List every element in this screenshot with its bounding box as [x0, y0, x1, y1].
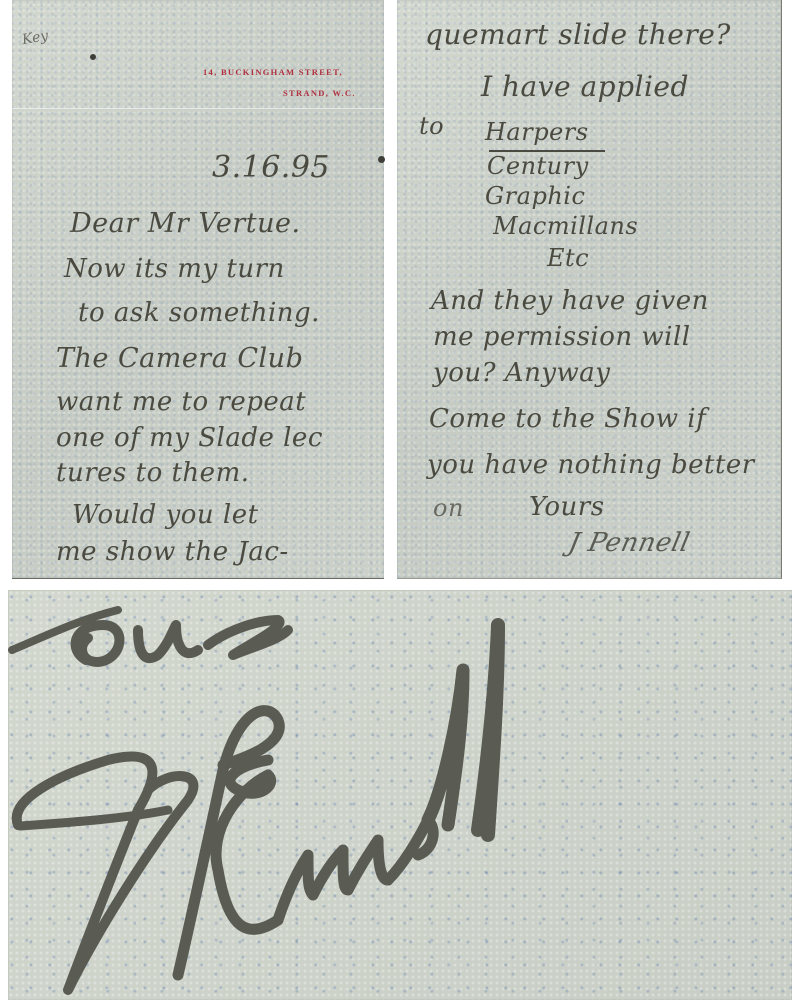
publisher-graphic: Graphic	[485, 182, 585, 210]
publisher-century: Century	[487, 152, 589, 180]
letter-line-on: on	[433, 494, 464, 522]
publisher-macmillans: Macmillans	[493, 212, 638, 240]
letter-line: you have nothing better	[427, 450, 755, 480]
publisher-etc: Etc	[547, 244, 589, 272]
letter-date: 3.16.95	[212, 150, 330, 185]
ink-dot	[90, 54, 96, 60]
letter-line: And they have given	[431, 286, 709, 316]
letter-page-1: Key 14, BUCKINGHAM STREET, STRAND, W.C. …	[12, 0, 384, 579]
letter-line: The Camera Club	[56, 343, 303, 374]
letter-line: Now its my turn	[64, 254, 285, 284]
letter-line: me show the Jac-	[56, 537, 289, 567]
closing-yours: Yours	[529, 492, 605, 522]
pencil-note: Key	[21, 28, 50, 48]
fold-crease	[12, 108, 384, 109]
letter-line: I have applied	[481, 70, 689, 103]
letterhead-address-line2: STRAND, W.C.	[283, 88, 356, 98]
date-dot	[378, 156, 385, 163]
letter-line-to: to	[419, 112, 444, 140]
letter-line: Come to the Show if	[429, 404, 706, 434]
letter-line: want me to repeat	[56, 387, 306, 417]
signature-detail	[8, 590, 792, 1000]
signature: J Pennell	[566, 528, 693, 558]
letter-line: quemart slide there?	[425, 18, 731, 51]
letter-line: one of my Slade lec	[56, 423, 323, 453]
letter-line: me permission will	[433, 322, 691, 352]
publisher-harpers: Harpers	[485, 118, 589, 146]
letter-line: tures to them.	[56, 458, 249, 488]
letter-line: to ask something.	[78, 298, 320, 328]
letter-line: you? Anyway	[433, 358, 610, 388]
letter-line: Would you let	[72, 500, 259, 530]
salutation: Dear Mr Vertue.	[70, 208, 301, 239]
letterhead-address-line1: 14, BUCKINGHAM STREET,	[203, 67, 343, 77]
letter-page-2: quemart slide there? I have applied to H…	[397, 0, 782, 579]
signature-enlarged-strokes	[8, 590, 792, 1000]
